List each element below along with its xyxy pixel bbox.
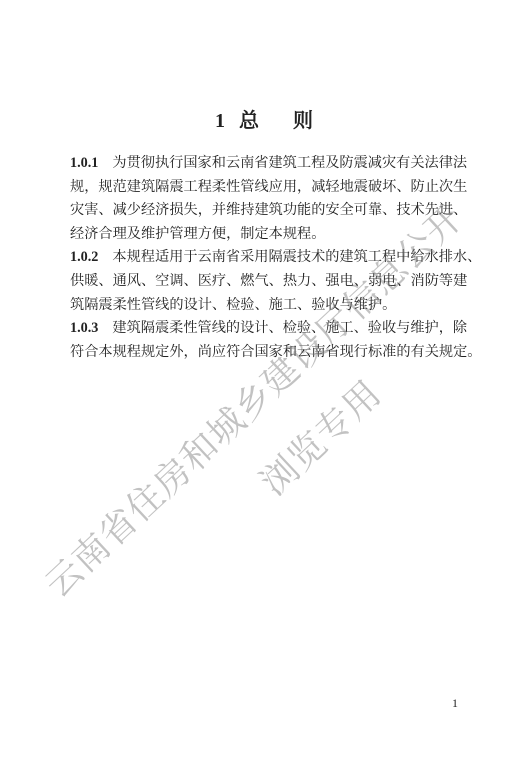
clause-text: 为贯彻执行国家和云南省建筑工程及防震减灾有关法律法 [112,155,467,171]
clause-text: 建筑隔震柔性管线的设计、检验、施工、验收与维护，除 [112,320,467,336]
clause-1-0-2: 1.0.2本规程适用于云南省采用隔震技术的建筑工程中给水排水、 供暖、通风、空调… [70,246,480,317]
watermark-line-2: 浏览专用 [248,367,391,505]
chapter-number: 1 [215,110,225,132]
clause-1-0-3: 1.0.3建筑隔震柔性管线的设计、检验、施工、验收与维护，除 符合本规程规定外，… [70,317,480,364]
chapter-body: 1.0.1为贯彻执行国家和云南省建筑工程及防震减灾有关法律法 规，规范建筑隔震工… [70,152,480,364]
chapter-title: 1总则 [0,104,528,133]
clause-number: 1.0.2 [70,249,98,265]
clause-number: 1.0.3 [70,320,98,336]
clause-text: 本规程适用于云南省采用隔震技术的建筑工程中给水排水、 [112,249,481,265]
clause-1-0-1: 1.0.1为贯彻执行国家和云南省建筑工程及防震减灾有关法律法 规，规范建筑隔震工… [70,152,480,246]
page-number: 1 [452,696,458,711]
chapter-title-char-1: 总 [239,108,259,132]
clause-text: 规，规范建筑隔震工程柔性管线应用，减轻地震破坏、防止次生 [70,176,480,200]
clause-text: 筑隔震柔性管线的设计、检验、施工、验收与维护。 [70,294,480,318]
clause-text: 经济合理及维护管理方便，制定本规程。 [70,223,480,247]
clause-text: 供暖、通风、空调、医疗、燃气、热力、强电、弱电、消防等建 [70,270,480,294]
clause-number: 1.0.1 [70,155,98,171]
clause-text: 符合本规程规定外，尚应符合国家和云南省现行标准的有关规定。 [70,341,480,365]
chapter-title-char-2: 则 [293,108,313,132]
document-page: 1总则 1.0.1为贯彻执行国家和云南省建筑工程及防震减灾有关法律法 规，规范建… [0,0,528,767]
clause-text: 灾害、减少经济损失，并维持建筑功能的安全可靠、技术先进、 [70,199,480,223]
